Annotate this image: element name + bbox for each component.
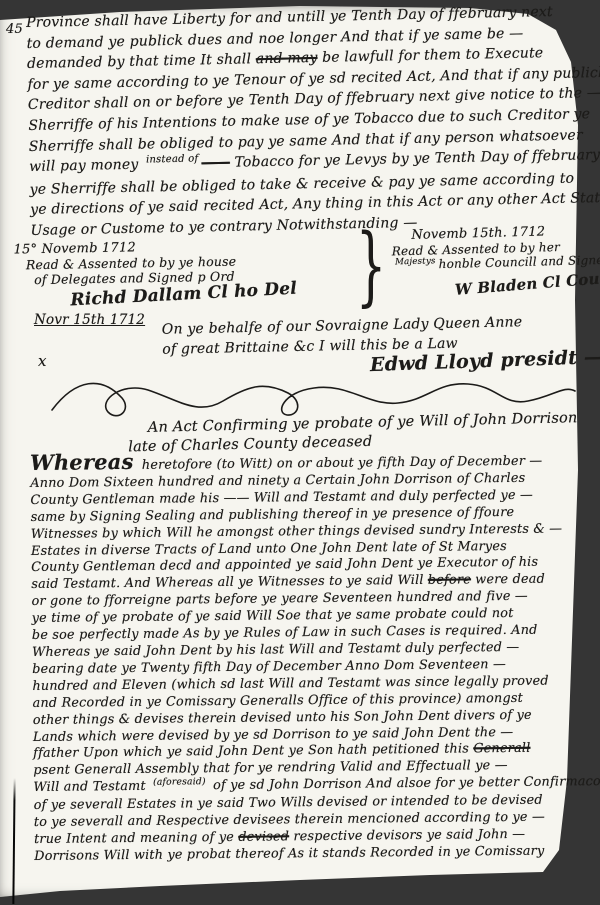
- marginal-mark: x: [38, 352, 47, 370]
- interlinear-insertion: instead of: [146, 154, 199, 166]
- council-attestation: Novemb 15th. 1712 Read & Assented to by …: [391, 223, 600, 294]
- line-text: demanded by that time It shall: [27, 51, 256, 72]
- struck-text: devised: [238, 829, 289, 845]
- interlinear-insertion: Majestys: [395, 256, 436, 267]
- struck-text: and may: [256, 50, 318, 67]
- assent-date: Novr 15th 1712: [34, 312, 145, 328]
- act-body-text: Whereas heretofore (to Witt) on or about…: [30, 449, 590, 866]
- line-text: true Intent and meaning of ye: [34, 830, 238, 847]
- struck-text: before: [428, 573, 471, 588]
- line-text: of ye sd John Dorrison And alsoe for ye …: [209, 774, 600, 793]
- lead-word: Whereas: [30, 449, 134, 475]
- attestation-brace: }: [356, 224, 386, 308]
- interlinear-insertion: (aforesaid): [153, 776, 206, 788]
- continued-act-text: Province shall have Liberty for and unti…: [26, 1, 591, 241]
- struck-text: Generall: [473, 741, 530, 757]
- folio-number: 45: [6, 22, 23, 37]
- line-text: said Testamt. And Whereas all ye Witness…: [31, 573, 428, 592]
- line-text: Will and Testamt: [33, 779, 150, 795]
- line-text: heretofore (to Witt) on or about ye fift…: [138, 454, 543, 473]
- line-text: respective devisors ye said John —: [289, 827, 525, 844]
- line-text: were dead: [471, 572, 545, 588]
- line-text: will pay money: [29, 157, 143, 175]
- struck-text: ——: [201, 155, 230, 172]
- house-attestation: 15° Novemb 1712 Read & Assented to by ye…: [13, 238, 297, 306]
- line-text: be lawfull for them to Execute: [317, 45, 543, 66]
